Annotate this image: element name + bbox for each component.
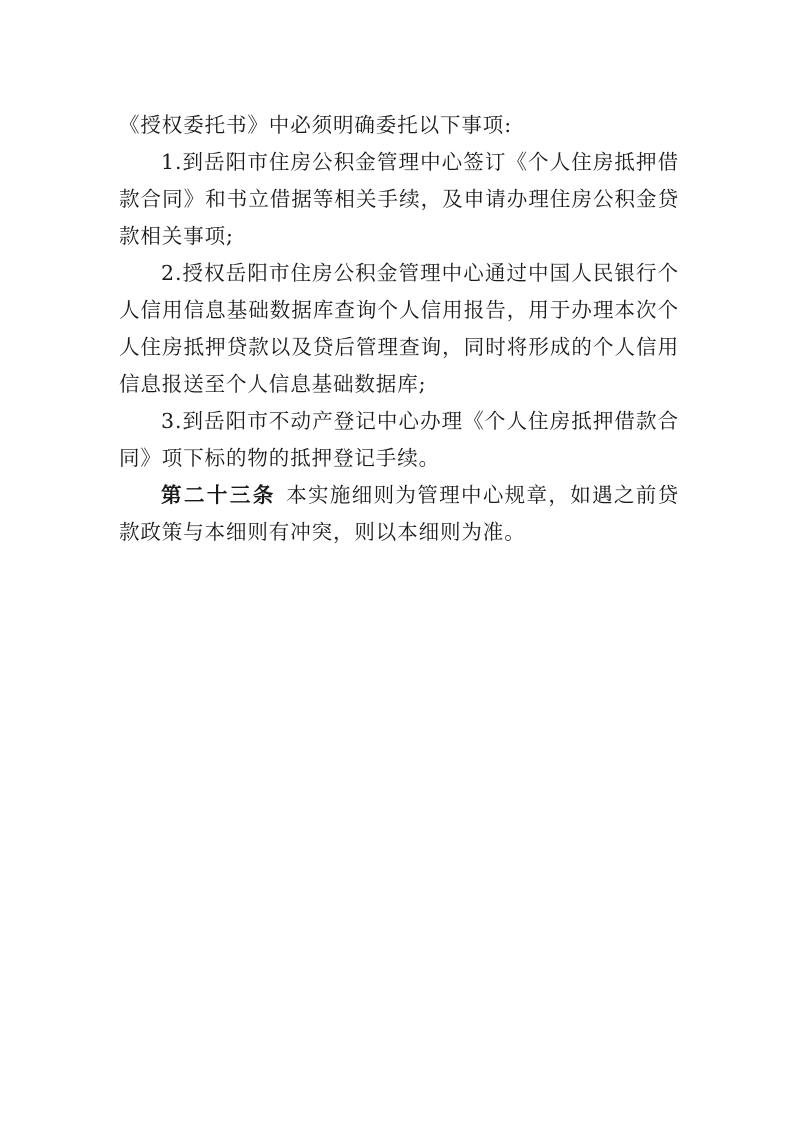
item-2-paragraph: 2.授权岳阳市住房公积金管理中心通过中国人民银行个人信用信息基础数据库查询个人信… bbox=[119, 255, 679, 403]
document-body: 《授权委托书》中必须明确委托以下事项: 1.到岳阳市住房公积金管理中心签订《个人… bbox=[119, 107, 679, 551]
intro-paragraph: 《授权委托书》中必须明确委托以下事项: bbox=[119, 107, 679, 144]
item-3-paragraph: 3.到岳阳市不动产登记中心办理《个人住房抵押借款合同》项下标的物的抵押登记手续。 bbox=[119, 403, 679, 477]
article-23-paragraph: 第二十三条本实施细则为管理中心规章，如遇之前贷款政策与本细则有冲突，则以本细则为… bbox=[119, 477, 679, 551]
item-1-paragraph: 1.到岳阳市住房公积金管理中心签订《个人住房抵押借款合同》和书立借据等相关手续，… bbox=[119, 144, 679, 255]
article-heading: 第二十三条 bbox=[161, 483, 276, 507]
document-page: 《授权委托书》中必须明确委托以下事项: 1.到岳阳市住房公积金管理中心签订《个人… bbox=[0, 0, 794, 1122]
